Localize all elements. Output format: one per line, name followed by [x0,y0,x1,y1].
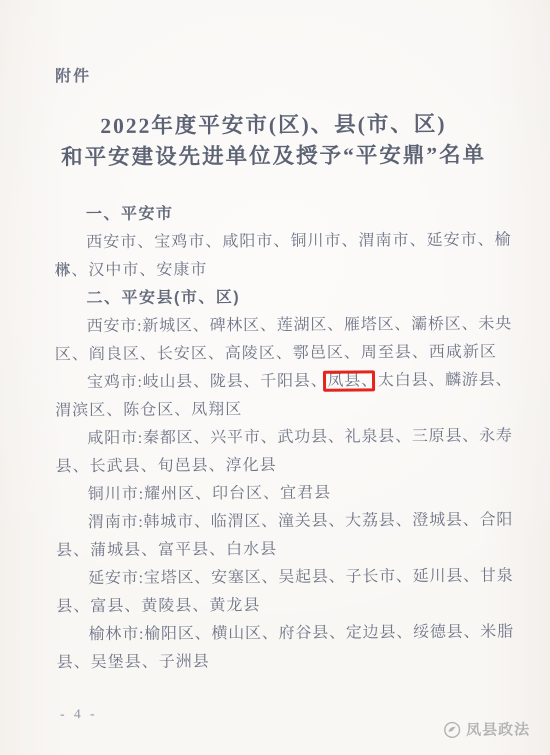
text-segment: 县、长武县、旬邑县、淳化县 [55,457,276,475]
page-number: - 4 - [60,706,98,722]
body-line: 县、吴堡县、子洲县 [57,647,514,678]
text-segment: 延安市:宝塔区、安塞区、吴起县、子长市、延川县、甘泉 [88,568,513,588]
body-line: 区、阎良区、长安区、高陵区、鄠邑区、周至县、西咸新区 [55,339,512,370]
body-line: 西安市:新城区、碑林区、莲湖区、雁塔区、灞桥区、未央 [55,311,512,342]
document-title-line1: 2022年度平安市(区)、县(市、区) [0,108,549,142]
body-line: 县、蒲城县、富平县、白水县 [56,535,513,566]
watermark-text: 凤县政法 [466,718,530,739]
phoenix-circle-logo-icon [443,720,461,738]
body-line: 县、富县、黄陵县、黄龙县 [56,591,513,622]
text-segment: 、太白县、麟游县、 [361,372,512,390]
highlight-box-fengxian: 凤县 [327,372,361,389]
body-line: 铜川市:耀州区、印台区、宜君县 [56,479,513,510]
document-title: 2022年度平安市(区)、县(市、区) 和平安建设先进单位及授予“平安鼎”名单 [0,108,549,173]
section-heading: 二、平安县(市、区) [54,283,511,314]
text-segment: 县、蒲城县、富平县、白水县 [56,541,277,559]
watermark-fengxian-zhengfa: 凤县政法 [443,718,530,740]
text-segment: 区、阎良区、长安区、高陵区、鄠邑区、周至县、西咸新区 [55,344,497,364]
scanned-document-page: 附件 2022年度平安市(区)、县(市、区) 和平安建设先进单位及授予“平安鼎”… [0,0,550,755]
text-segment: 咸阳市:秦都区、兴平市、武功县、礼泉县、三原县、永寿 [87,428,512,448]
body-line: 宝鸡市:岐山县、陇县、千阳县、凤县、太白县、麟游县、 [55,367,512,398]
text-segment: 市、汉中市、安康市 [54,261,207,279]
attachment-label: 附件 [55,63,91,86]
section-heading: 一、平安市 [54,199,511,230]
text-segment: 县、富县、黄陵县、黄龙县 [56,597,260,615]
body-line: 渭南市:韩城市、临渭区、潼关县、大荔县、澄城县、合阳 [56,507,513,538]
body-line: 咸阳市:秦都区、兴平市、武功县、礼泉县、三原县、永寿 [55,423,512,454]
document-body: 一、平安市西安市、宝鸡市、咸阳市、铜川市、渭南市、延安市、榆林市、汉中市、安康市… [54,199,514,678]
text-segment: 宝鸡市:岐山县、陇县、千阳县、 [87,373,328,391]
text-segment: 二、平安县(市、区) [86,289,240,307]
body-line: 渭滨区、陈仓区、凤翔区 [55,395,512,426]
text-segment: 西安市:新城区、碑林区、莲湖区、雁塔区、灞桥区、未央 [87,316,512,336]
text-segment: 铜川市:耀州区、印台区、宜君县 [88,485,332,503]
text-segment: 渭滨区、陈仓区、凤翔区 [55,401,242,419]
text-segment: 榆林市:榆阳区、横山区、府谷县、定边县、绥德县、米脂 [89,624,514,644]
body-line: 西安市、宝鸡市、咸阳市、铜川市、渭南市、延安市、榆林 [54,227,511,258]
document-sheet: 附件 2022年度平安市(区)、县(市、区) 和平安建设先进单位及授予“平安鼎”… [0,0,550,755]
text-segment: 渭南市:韩城市、临渭区、潼关县、大荔县、澄城县、合阳 [88,512,513,532]
body-line: 榆林市:榆阳区、横山区、府谷县、定边县、绥德县、米脂 [56,619,513,650]
text-segment: 县、吴堡县、子洲县 [57,653,210,671]
body-line: 市、汉中市、安康市 [54,255,511,286]
document-title-line2: 和平安建设先进单位及授予“平安鼎”名单 [0,139,549,173]
body-line: 县、长武县、旬邑县、淳化县 [55,451,512,482]
body-line: 延安市:宝塔区、安塞区、吴起县、子长市、延川县、甘泉 [56,563,513,594]
text-segment: 一、平安市 [86,206,174,224]
